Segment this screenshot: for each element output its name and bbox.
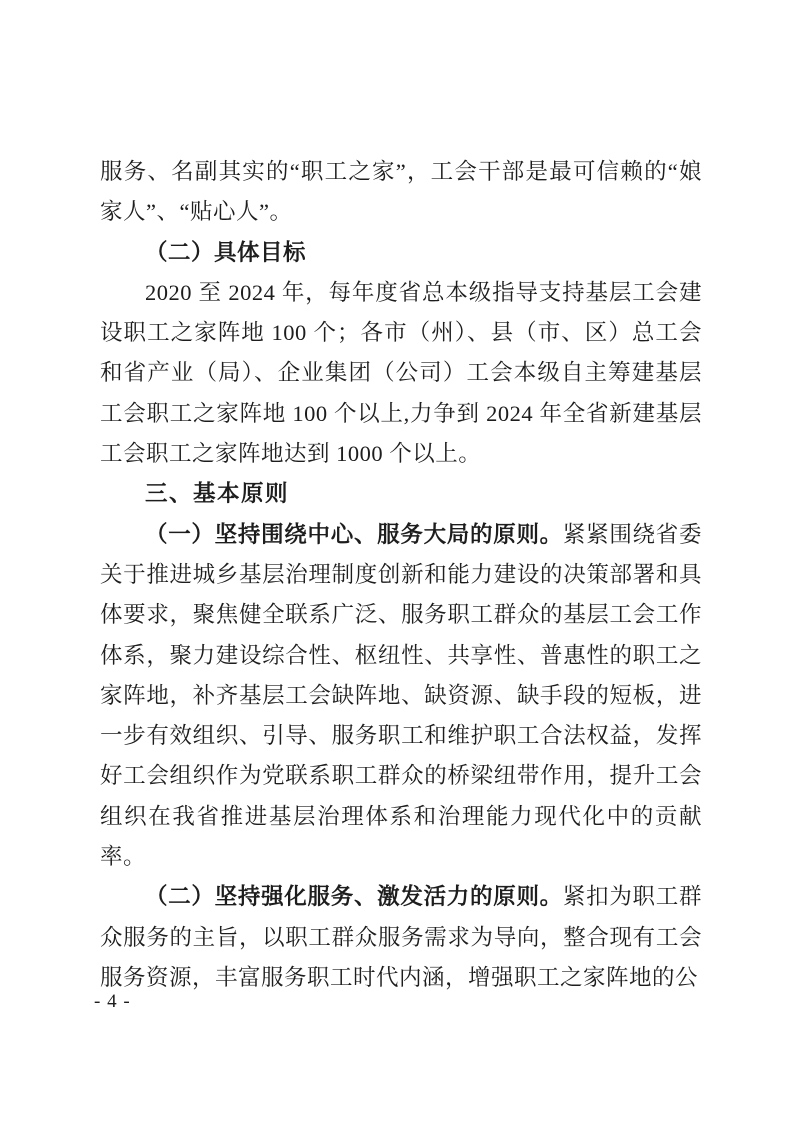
paragraph-continuation-from-previous-page: 服务、名副其实的“职工之家”，工会干部是最可信赖的“娘家人”、“贴心人”。 [100,152,702,233]
document-page: 服务、名副其实的“职工之家”，工会干部是最可信赖的“娘家人”、“贴心人”。 （二… [0,0,793,1122]
principle-2-lead-in: （二）坚持强化服务、激发活力的原则。 [145,884,563,909]
paragraph-principle-1: （一）坚持围绕中心、服务大局的原则。紧紧围绕省委关于推进城乡基层治理制度创新和能… [100,515,702,878]
paragraph-principle-2: （二）坚持强化服务、激发活力的原则。紧扣为职工群众服务的主旨，以职工群众服务需求… [100,877,702,998]
page-number: - 4 - [94,991,131,1013]
section-heading-basic-principles: 三、基本原则 [100,474,702,514]
principle-1-body-text: 紧紧围绕省委关于推进城乡基层治理制度创新和能力建设的决策部署和具体要求，聚焦健全… [100,522,702,869]
document-text-block: 服务、名副其实的“职工之家”，工会干部是最可信赖的“娘家人”、“贴心人”。 （二… [100,152,702,998]
subheading-specific-goals: （二）具体目标 [100,233,702,273]
principle-1-lead-in: （一）坚持围绕中心、服务大局的原则。 [145,522,563,547]
paragraph-specific-goals-body: 2020 至 2024 年，每年度省总本级指导支持基层工会建设职工之家阵地 10… [100,273,702,474]
